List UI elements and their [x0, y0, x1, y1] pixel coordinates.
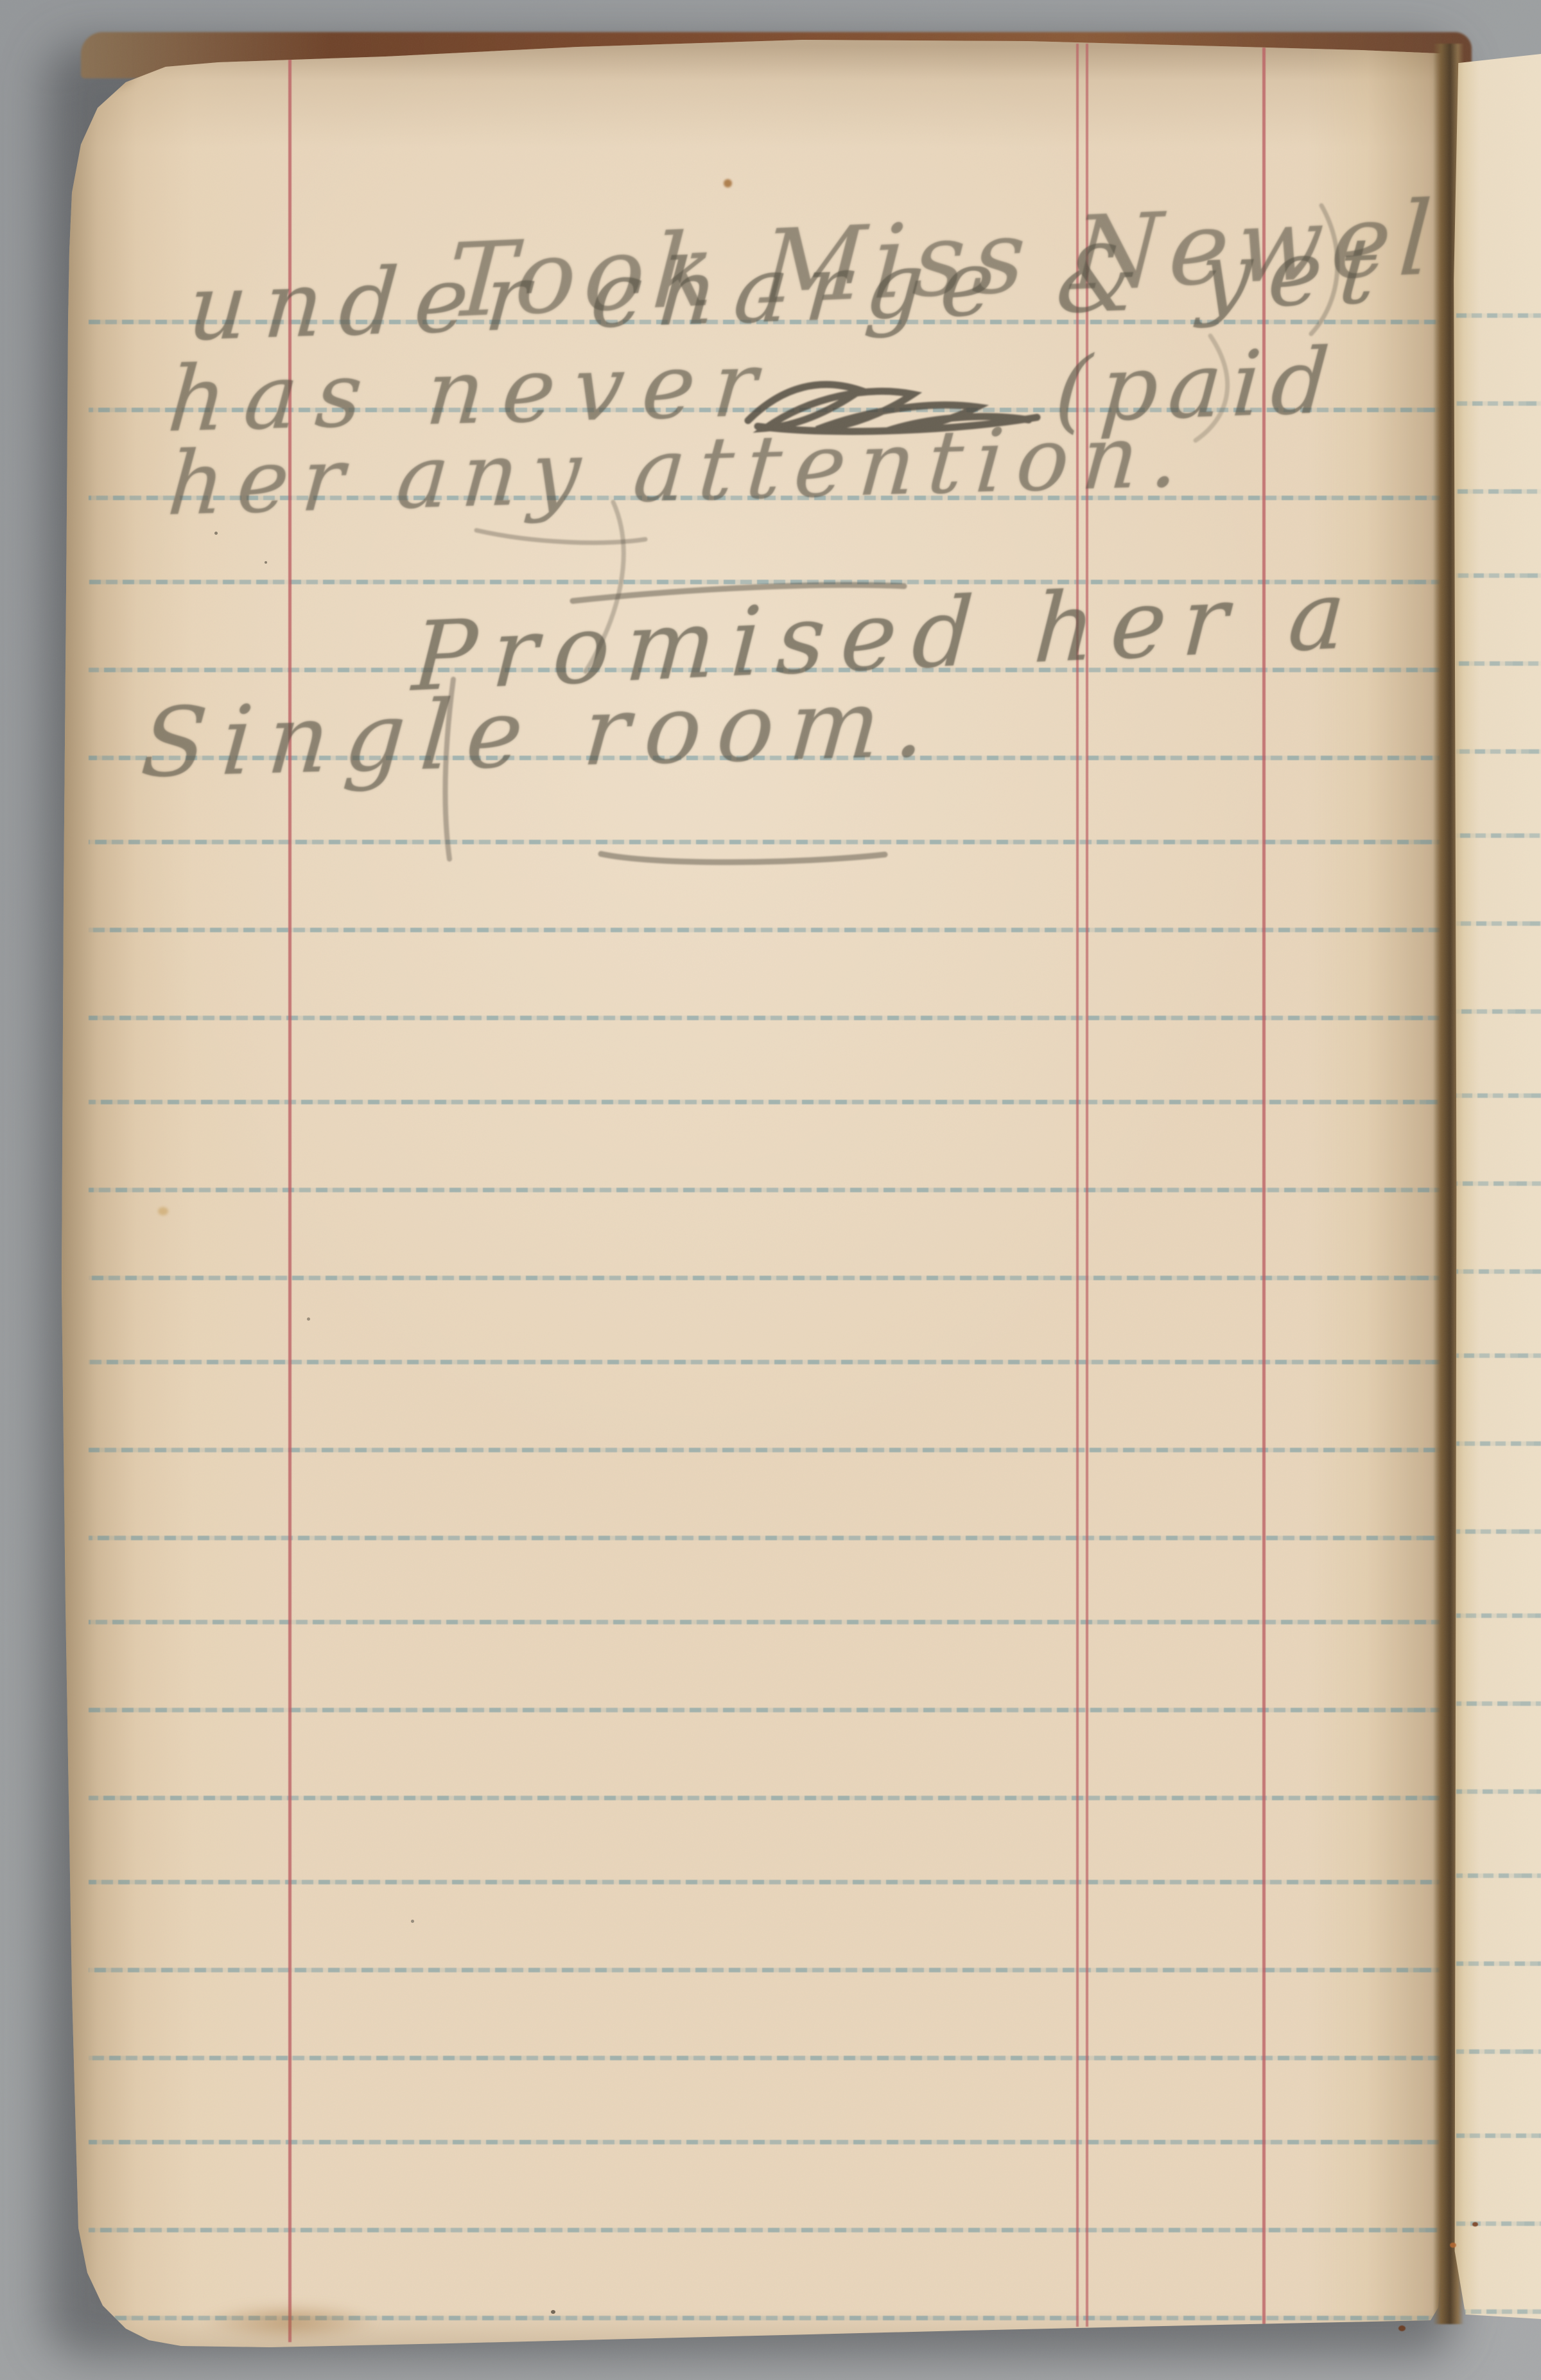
ruled-line-blue-sliver — [1456, 1789, 1541, 1794]
page: Took Miss Newell under charge & yet has … — [0, 0, 1541, 2380]
ruled-line-blue-sliver — [1456, 1873, 1541, 1878]
adjacent-page-sliver — [1451, 54, 1541, 2319]
ruled-line-blue-sliver — [1456, 921, 1541, 926]
ruled-line-blue-sliver — [1456, 489, 1541, 494]
debris-speck — [1450, 2243, 1456, 2248]
debris-speck-on-background — [1398, 2325, 1406, 2331]
ruled-line-blue-sliver — [1456, 1613, 1541, 1618]
promised-p-descender — [445, 679, 453, 859]
ruled-line-blue-sliver — [1456, 573, 1541, 578]
scribble-strikethrough — [748, 385, 1037, 431]
ink-speck — [265, 561, 267, 564]
ruled-line-blue-sliver — [1456, 1093, 1541, 1098]
ink-speck — [411, 1920, 414, 1923]
ink-speck — [551, 2310, 555, 2314]
ruled-line-blue-sliver — [1456, 1529, 1541, 1534]
rust-speck — [724, 179, 732, 187]
ruled-line-blue-sliver — [1456, 1353, 1541, 1358]
ruled-line-blue-sliver — [1456, 1181, 1541, 1186]
ruled-line-blue-sliver — [1456, 1269, 1541, 1274]
ruled-line-blue-sliver — [1456, 401, 1541, 406]
ruled-line-blue-sliver — [1456, 833, 1541, 838]
ruled-line-blue-sliver — [1456, 1701, 1541, 1706]
ruled-line-blue-sliver — [1456, 1009, 1541, 1014]
newell-flourish — [1311, 205, 1337, 334]
ink-speck — [214, 532, 218, 535]
stain-bottom-left — [204, 2302, 378, 2341]
ruled-line-blue-sliver — [1456, 2133, 1541, 2138]
ink-speck — [307, 1317, 310, 1321]
any-descender-tail — [586, 502, 623, 672]
ruled-line-blue-sliver — [1456, 2221, 1541, 2226]
pencil-strokes — [0, 0, 1541, 2380]
yellow-speck — [158, 1207, 168, 1215]
ruled-line-blue-sliver — [1456, 1441, 1541, 1446]
yet-tail-flourish — [1196, 336, 1228, 440]
ruled-line-blue-sliver — [1456, 313, 1541, 318]
ruled-line-blue-sliver — [1456, 1961, 1541, 1966]
separator-dash-2 — [601, 854, 885, 862]
ruled-line-blue-sliver — [1456, 2309, 1541, 2314]
ruled-line-blue-sliver — [1456, 2049, 1541, 2054]
ruled-line-blue-sliver — [1456, 749, 1541, 754]
separator-dash-1 — [573, 585, 904, 601]
ruled-line-blue-sliver — [1456, 661, 1541, 666]
scan-background: { "handwriting": { "line1": "Took Miss N… — [0, 0, 1541, 2380]
debris-speck — [1472, 2222, 1478, 2227]
